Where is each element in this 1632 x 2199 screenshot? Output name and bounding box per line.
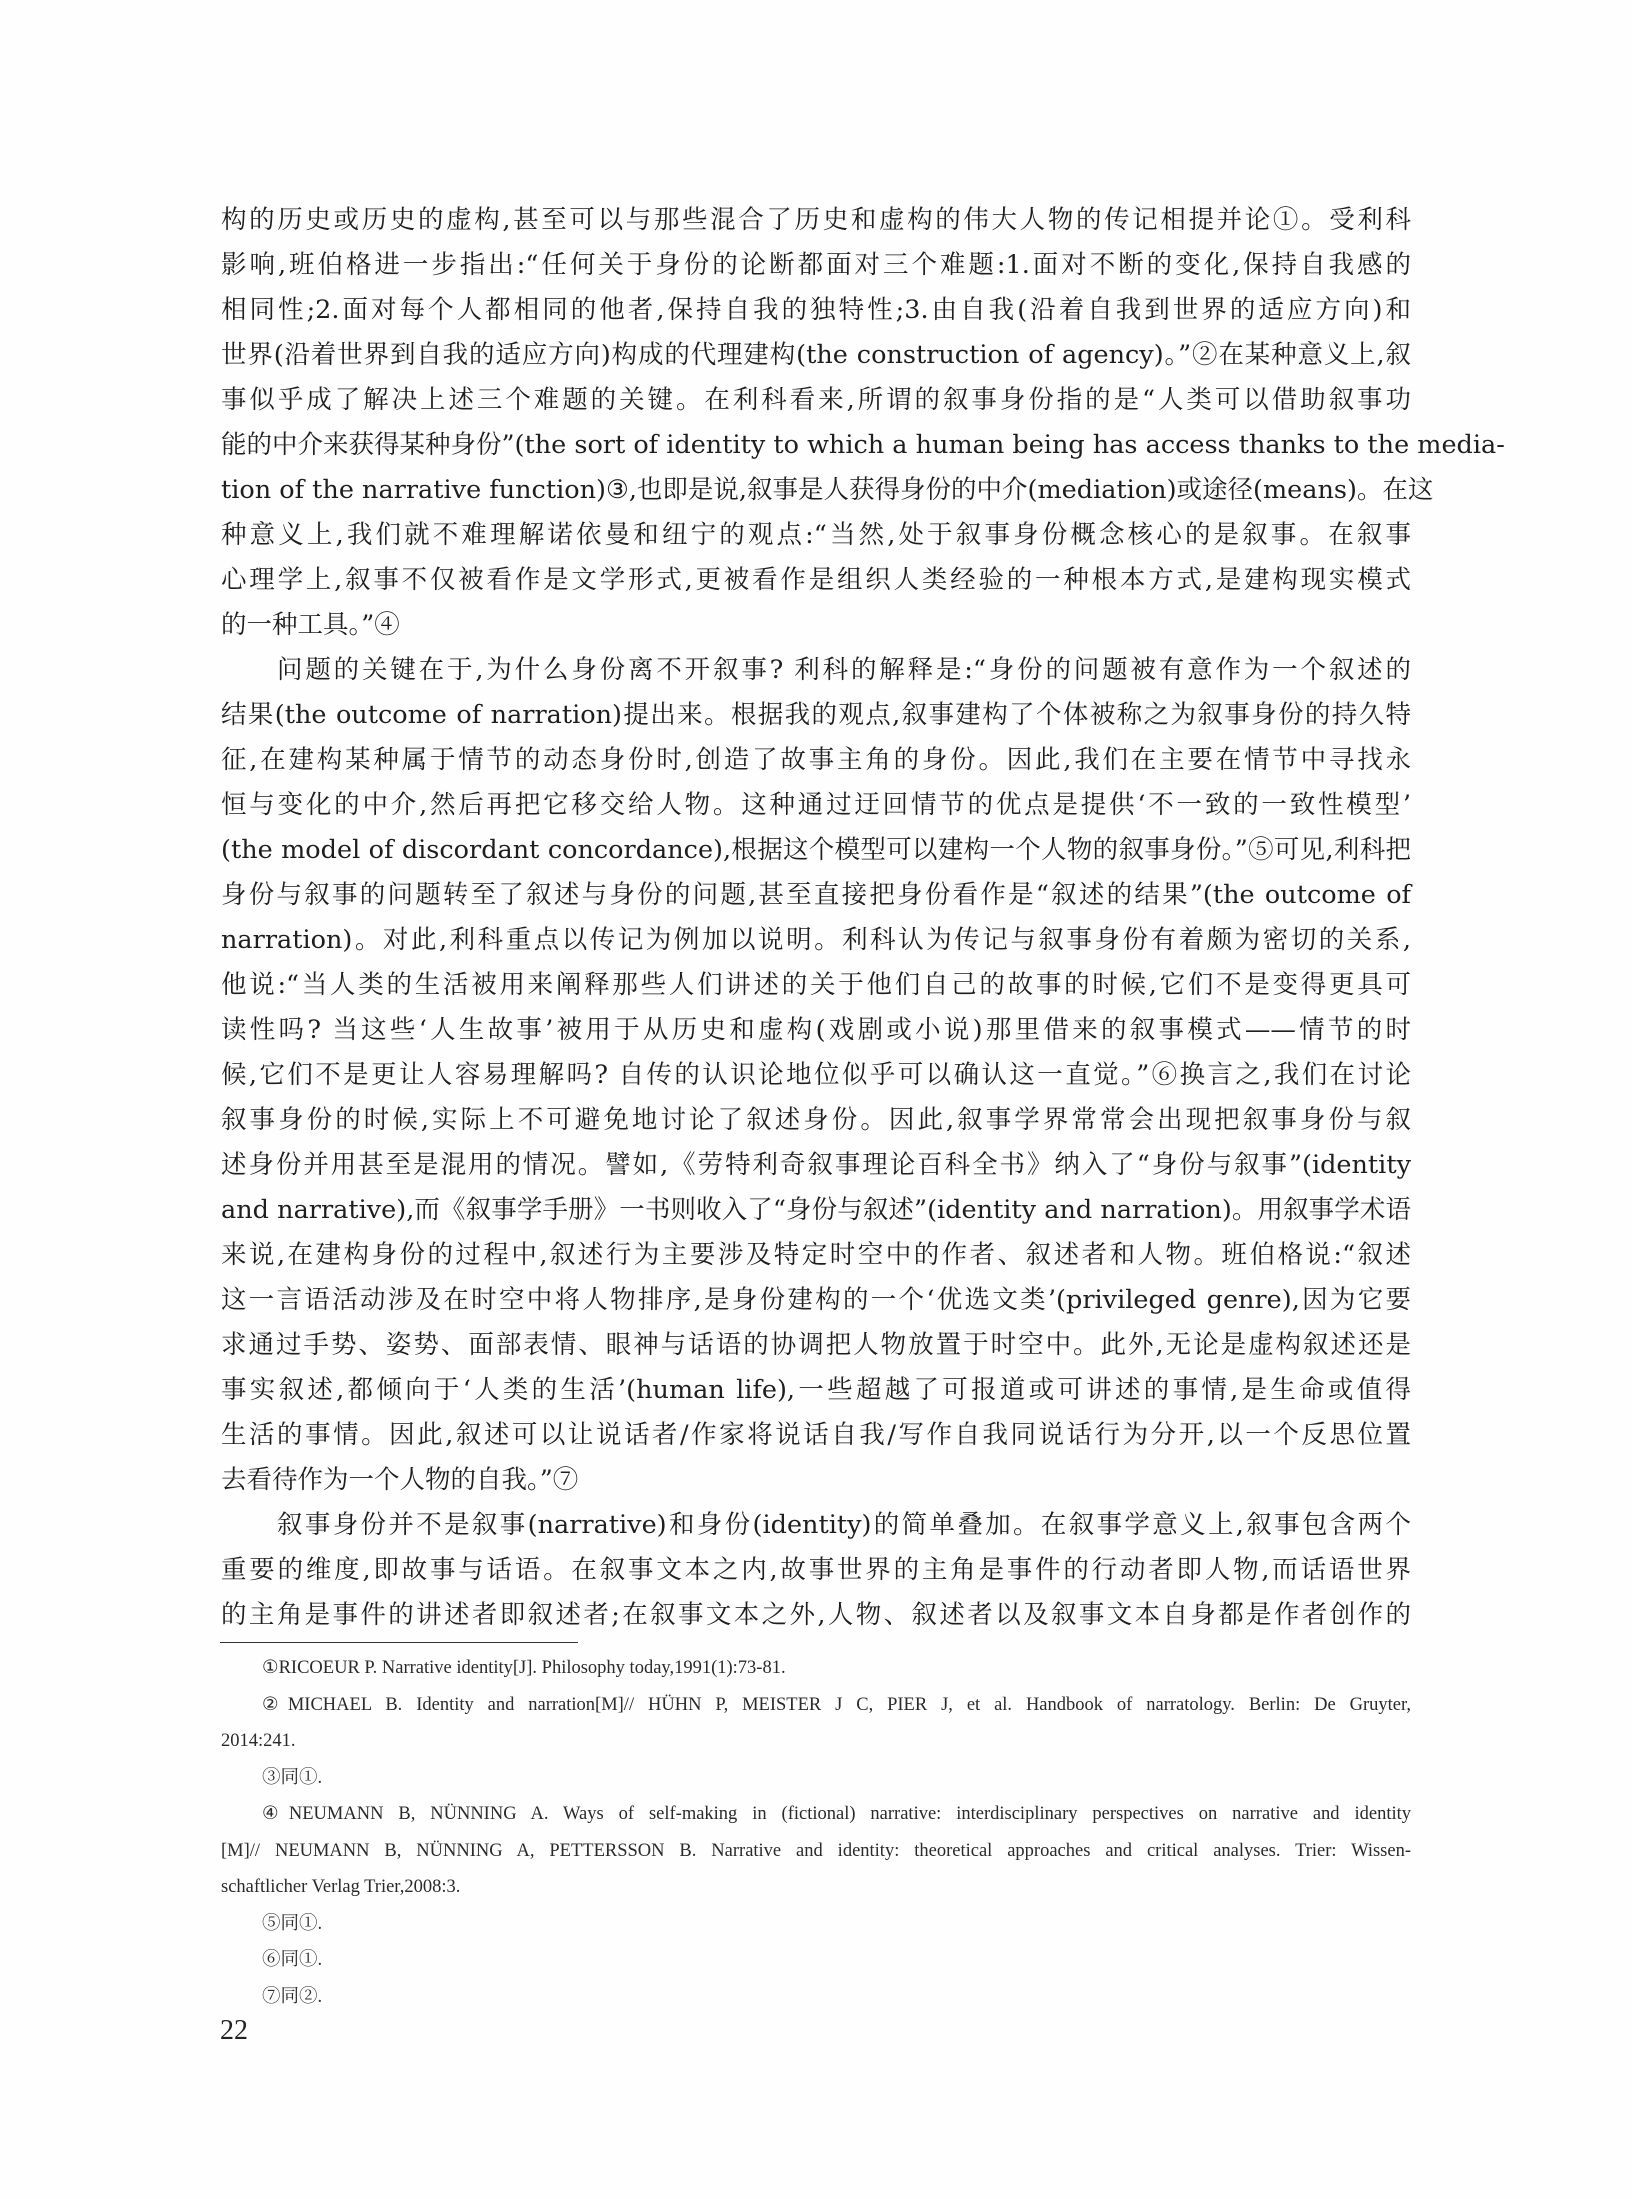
text-line: 征,在建构某种属于情节的动态身份时,创造了故事主角的身份。因此,我们在主要在情节… (221, 738, 1411, 783)
text-line: and narrative),而《叙事学手册》一书则收入了“身份与叙述”(ide… (221, 1188, 1411, 1233)
document-page: 构的历史或历史的虚构,甚至可以与那些混合了历史和虚构的伟大人物的传记相提并论①。… (0, 0, 1632, 2199)
text-line: 去看待作为一个人物的自我。”⑦ (221, 1458, 1411, 1503)
text-line: 事似乎成了解决上述三个难题的关键。在利科看来,所谓的叙事身份指的是“人类可以借助… (221, 378, 1411, 423)
text-line: 生活的事情。因此,叙述可以让说话者/作家将说话自我/写作自我同说话行为分开,以一… (221, 1413, 1411, 1458)
text-line: 世界(沿着世界到自我的适应方向)构成的代理建构(the construction… (221, 333, 1411, 378)
text-line: 的一种工具。”④ (221, 603, 1411, 648)
text-line: narration)。对此,利科重点以传记为例加以说明。利科认为传记与叙事身份有… (221, 918, 1411, 963)
page-number: 22 (220, 2014, 248, 2048)
text-line: tion of the narrative function)③,也即是说,叙事… (221, 468, 1411, 513)
text-line: 述身份并用甚至是混用的情况。譬如,《劳特利奇叙事理论百科全书》纳入了“身份与叙事… (221, 1143, 1411, 1188)
footnote-line: ⑤同①. (221, 1906, 1411, 1943)
text-line: 问题的关键在于,为什么身份离不开叙事? 利科的解释是:“身份的问题被有意作为一个… (221, 648, 1411, 693)
text-line: (the model of discordant concordance),根据… (221, 828, 1411, 873)
text-line: 叙事身份并不是叙事(narrative)和身份(identity)的简单叠加。在… (221, 1503, 1411, 1548)
text-line: 求通过手势、姿势、面部表情、眼神与话语的协调把人物放置于时空中。此外,无论是虚构… (221, 1323, 1411, 1368)
text-line: 恒与变化的中介,然后再把它移交给人物。这种通过迂回情节的优点是提供‘不一致的一致… (221, 783, 1411, 828)
text-line: 读性吗? 当这些‘人生故事’被用于从历史和虚构(戏剧或小说)那里借来的叙事模式—… (221, 1008, 1411, 1053)
text-line: 来说,在建构身份的过程中,叙述行为主要涉及特定时空中的作者、叙述者和人物。班伯格… (221, 1233, 1411, 1278)
footnote-line: 2014:241. (221, 1723, 1411, 1760)
text-line: 身份与叙事的问题转至了叙述与身份的问题,甚至直接把身份看作是“叙述的结果”(th… (221, 873, 1411, 918)
text-line: 结果(the outcome of narration)提出来。根据我的观点,叙… (221, 693, 1411, 738)
footnote-line: ②MICHAEL B. Identity and narration[M]// … (221, 1687, 1411, 1724)
text-line: 影响,班伯格进一步指出:“任何关于身份的论断都面对三个难题:1.面对不断的变化,… (221, 243, 1411, 288)
text-line: 心理学上,叙事不仅被看作是文学形式,更被看作是组织人类经验的一种根本方式,是建构… (221, 558, 1411, 603)
text-line: 候,它们不是更让人容易理解吗? 自传的认识论地位似乎可以确认这一直觉。”⑥换言之… (221, 1053, 1411, 1098)
text-line: 种意义上,我们就不难理解诺依曼和纽宁的观点:“当然,处于叙事身份概念核心的是叙事… (221, 513, 1411, 558)
text-line: 构的历史或历史的虚构,甚至可以与那些混合了历史和虚构的伟大人物的传记相提并论①。… (221, 198, 1411, 243)
text-line: 重要的维度,即故事与话语。在叙事文本之内,故事世界的主角是事件的行动者即人物,而… (221, 1548, 1411, 1593)
footnote-line: ③同①. (221, 1760, 1411, 1797)
footnote-line: [M]// NEUMANN B, NÜNNING A, PETTERSSON B… (221, 1833, 1411, 1870)
footnote-line: ①RICOEUR P. Narrative identity[J]. Philo… (221, 1650, 1411, 1687)
text-line: 这一言语活动涉及在时空中将人物排序,是身份建构的一个‘优选文类’(privile… (221, 1278, 1411, 1323)
footnote-divider (220, 1642, 578, 1643)
text-line: 叙事身份的时候,实际上不可避免地讨论了叙述身份。因此,叙事学界常常会出现把叙事身… (221, 1098, 1411, 1143)
text-line: 他说:“当人类的生活被用来阐释那些人们讲述的关于他们自己的故事的时候,它们不是变… (221, 963, 1411, 1008)
text-line: 事实叙述,都倾向于‘人类的生活’(human life),一些超越了可报道或可讲… (221, 1368, 1411, 1413)
footnote-line: schaftlicher Verlag Trier,2008:3. (221, 1869, 1411, 1906)
footnote-line: ⑦同②. (221, 1979, 1411, 2016)
text-line: 的主角是事件的讲述者即叙述者;在叙事文本之外,人物、叙述者以及叙事文本自身都是作… (221, 1593, 1411, 1638)
text-line: 相同性;2.面对每个人都相同的他者,保持自我的独特性;3.由自我(沿着自我到世界… (221, 288, 1411, 333)
footnote-line: ⑥同①. (221, 1942, 1411, 1979)
footnotes: ①RICOEUR P. Narrative identity[J]. Philo… (221, 1650, 1411, 2015)
footnote-line: ④NEUMANN B, NÜNNING A. Ways of self-maki… (221, 1796, 1411, 1833)
text-line: 能的中介来获得某种身份”(the sort of identity to whi… (221, 423, 1411, 468)
body-text: 构的历史或历史的虚构,甚至可以与那些混合了历史和虚构的伟大人物的传记相提并论①。… (221, 198, 1411, 1638)
